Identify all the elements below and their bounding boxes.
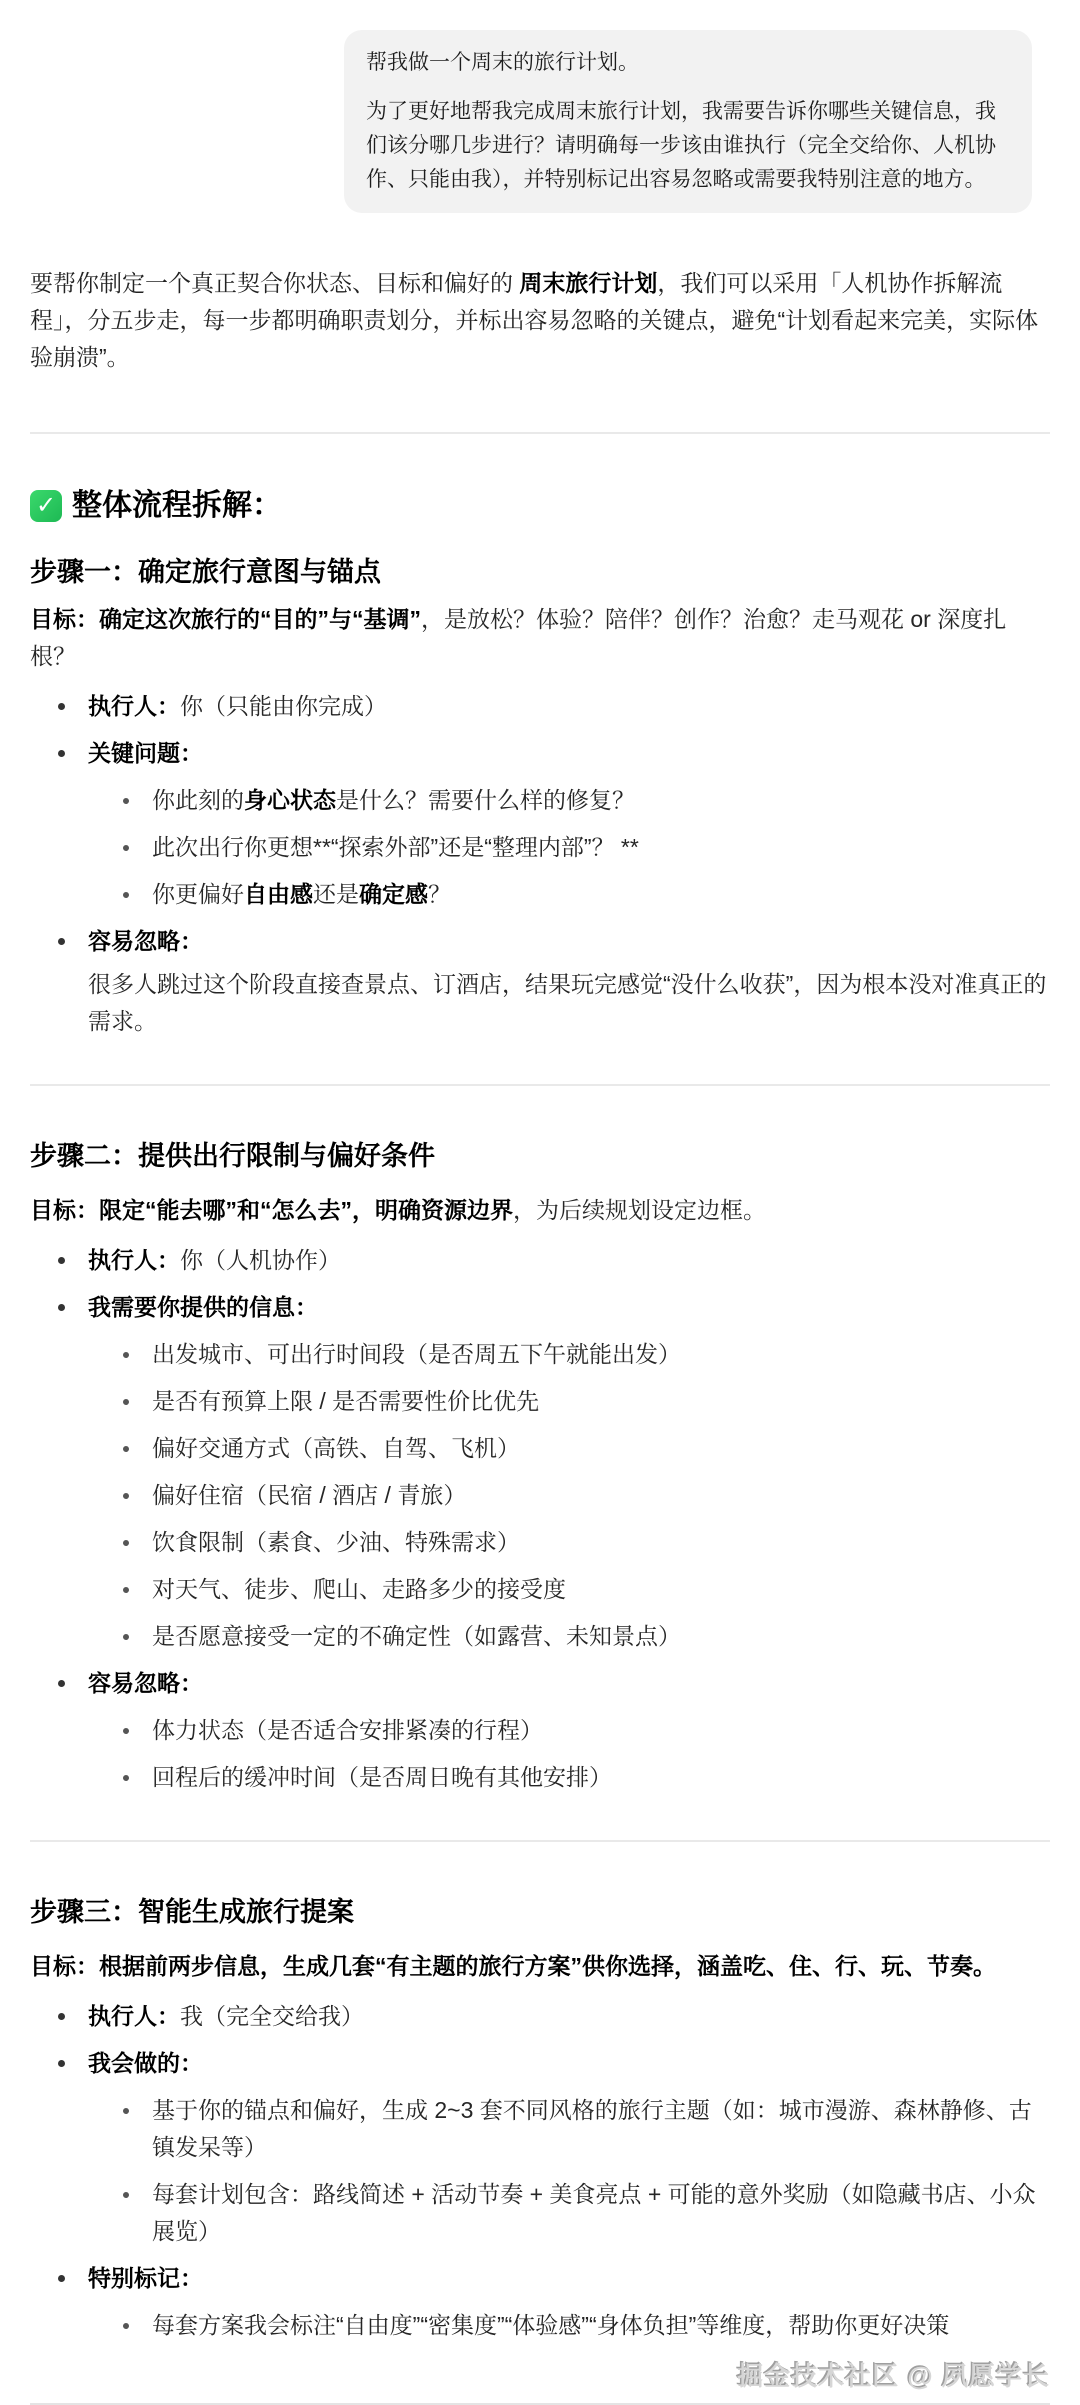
list-item: 你此刻的身心状态是什么？需要什么样的修复？	[30, 782, 1050, 819]
bold-text-segment: 执行人：	[88, 693, 180, 719]
bold-text-segment: 容易忽略：	[88, 1670, 203, 1696]
list-item: 饮食限制（素食、少油、特殊需求）	[30, 1524, 1050, 1561]
text-segment: 对天气、徒步、爬山、走路多少的接受度	[152, 1576, 566, 1602]
list-item: 执行人：你（只能由你完成）	[30, 688, 1050, 725]
divider	[30, 432, 1050, 434]
step-title: 步骤三：智能生成旅行提案	[30, 1892, 1050, 1932]
steps-container: 步骤一：确定旅行意图与锚点目标：确定这次旅行的“目的”与“基调”，是放松？体验？…	[30, 552, 1050, 2344]
step-title: 步骤二：提供出行限制与偏好条件	[30, 1136, 1050, 1176]
text-segment: 很多人跳过这个阶段直接查景点、订酒店，结果玩完感觉“没什么收获”，因为根本没对准…	[88, 971, 1046, 1034]
user-message-bubble: 帮我做一个周末的旅行计划。 为了更好地帮我完成周末旅行计划，我需要告诉你哪些关键…	[344, 30, 1032, 213]
bold-text-segment: 目标：根据前两步信息，生成几套“有主题的旅行方案”供你选择，涵盖吃、住、行、玩、…	[30, 1953, 996, 1979]
text-segment: 是否有预算上限 / 是否需要性价比优先	[152, 1388, 539, 1414]
list-item: 执行人：你（人机协作）	[30, 1242, 1050, 1279]
bold-text-segment: 容易忽略：	[88, 928, 203, 954]
list-item: 关键问题：	[30, 735, 1050, 772]
user-message-row: 帮我做一个周末的旅行计划。 为了更好地帮我完成周末旅行计划，我需要告诉你哪些关键…	[0, 0, 1080, 213]
list-item: 对天气、徒步、爬山、走路多少的接受度	[30, 1571, 1050, 1608]
section-divider	[30, 1084, 1050, 1086]
list-item: 基于你的锚点和偏好，生成 2~3 套不同风格的旅行主题（如：城市漫游、森林静修、…	[30, 2092, 1050, 2166]
list-item: 回程后的缓冲时间（是否周日晚有其他安排）	[30, 1759, 1050, 1796]
list-item: 容易忽略：	[30, 923, 1050, 960]
watermark: 掘金技术社区 @ 夙愿学长	[30, 2356, 1050, 2393]
text-segment: 要帮你制定一个真正契合你状态、目标和偏好的	[30, 270, 519, 296]
text-segment: 你更偏好	[152, 881, 244, 907]
section-title: ✓ 整体流程拆解：	[30, 484, 1050, 528]
list-item: 此次出行你更想**“探索外部”还是“整理内部”？ **	[30, 829, 1050, 866]
step-goal: 目标：确定这次旅行的“目的”与“基调”，是放松？体验？陪伴？创作？治愈？走马观花…	[30, 601, 1050, 675]
bold-text-segment: 执行人：	[88, 1247, 180, 1273]
text-segment: 还是	[313, 881, 359, 907]
text-segment: 你（只能由你完成）	[180, 693, 387, 719]
bold-text-segment: 身心状态	[244, 787, 336, 813]
text-segment: ？	[428, 881, 451, 907]
text-segment: 每套方案我会标注“自由度”“密集度”“体验感”“身体负担”等维度，帮助你更好决策	[152, 2312, 949, 2338]
text-segment: 饮食限制（素食、少油、特殊需求）	[152, 1529, 520, 1555]
step-section: 步骤一：确定旅行意图与锚点目标：确定这次旅行的“目的”与“基调”，是放松？体验？…	[30, 552, 1050, 1040]
step-section: 步骤三：智能生成旅行提案目标：根据前两步信息，生成几套“有主题的旅行方案”供你选…	[30, 1892, 1050, 2344]
list-item: 偏好住宿（民宿 / 酒店 / 青旅）	[30, 1477, 1050, 1514]
list-item: 你更偏好自由感还是确定感？	[30, 876, 1050, 913]
assistant-message: 要帮你制定一个真正契合你状态、目标和偏好的 周末旅行计划，我们可以采用「人机协作…	[0, 265, 1080, 2405]
user-paragraph: 为了更好地帮我完成周末旅行计划，我需要告诉你哪些关键信息，我们该分哪几步进行？请…	[366, 95, 1010, 197]
bold-text-segment: 目标：确定这次旅行的“目的”与“基调”	[30, 606, 421, 632]
list-item: 容易忽略：	[30, 1665, 1050, 1702]
intro-paragraph: 要帮你制定一个真正契合你状态、目标和偏好的 周末旅行计划，我们可以采用「人机协作…	[30, 265, 1050, 376]
text-segment: 是什么？需要什么样的修复？	[336, 787, 635, 813]
user-paragraph: 帮我做一个周末的旅行计划。	[366, 46, 1010, 80]
text-segment: 此次出行你更想**“探索外部”还是“整理内部”？ **	[152, 834, 639, 860]
text-segment: 你此刻的	[152, 787, 244, 813]
bold-text-segment: 我会做的：	[88, 2050, 203, 2076]
bold-text-segment: 目标：限定“能去哪”和“怎么去”，明确资源边界	[30, 1197, 513, 1223]
text-segment: 偏好住宿（民宿 / 酒店 / 青旅）	[152, 1482, 466, 1508]
step-section: 步骤二：提供出行限制与偏好条件目标：限定“能去哪”和“怎么去”，明确资源边界，为…	[30, 1136, 1050, 1796]
section-divider	[30, 1840, 1050, 1842]
chat-page: 帮我做一个周末的旅行计划。 为了更好地帮我完成周末旅行计划，我需要告诉你哪些关键…	[0, 0, 1080, 2405]
list-item: 偏好交通方式（高铁、自驾、飞机）	[30, 1430, 1050, 1467]
bold-text-segment: 确定感	[359, 881, 428, 907]
section-title-text: 整体流程拆解：	[72, 484, 282, 528]
step-title: 步骤一：确定旅行意图与锚点	[30, 552, 1050, 592]
list-item: 每套方案我会标注“自由度”“密集度”“体验感”“身体负担”等维度，帮助你更好决策	[30, 2307, 1050, 2344]
text-segment: 是否愿意接受一定的不确定性（如露营、未知景点）	[152, 1623, 681, 1649]
step-goal: 目标：限定“能去哪”和“怎么去”，明确资源边界，为后续规划设定边框。	[30, 1192, 1050, 1229]
text-segment: 回程后的缓冲时间（是否周日晚有其他安排）	[152, 1764, 612, 1790]
bold-text-segment: 关键问题：	[88, 740, 203, 766]
list-item: 我需要你提供的信息：	[30, 1289, 1050, 1326]
text-segment: 基于你的锚点和偏好，生成 2~3 套不同风格的旅行主题（如：城市漫游、森林静修、…	[152, 2097, 1032, 2160]
text-segment: 偏好交通方式（高铁、自驾、飞机）	[152, 1435, 520, 1461]
note-text: 很多人跳过这个阶段直接查景点、订酒店，结果玩完感觉“没什么收获”，因为根本没对准…	[30, 966, 1050, 1040]
list-item: 我会做的：	[30, 2045, 1050, 2082]
text-segment: 我（完全交给我）	[180, 2003, 364, 2029]
bold-text-segment: 我需要你提供的信息：	[88, 1294, 318, 1320]
list-item: 是否愿意接受一定的不确定性（如露营、未知景点）	[30, 1618, 1050, 1655]
text-segment: 体力状态（是否适合安排紧凑的行程）	[152, 1717, 543, 1743]
step-items: 执行人：我（完全交给我）我会做的：基于你的锚点和偏好，生成 2~3 套不同风格的…	[30, 1998, 1050, 2344]
step-goal: 目标：根据前两步信息，生成几套“有主题的旅行方案”供你选择，涵盖吃、住、行、玩、…	[30, 1948, 1050, 1985]
list-item: 出发城市、可出行时间段（是否周五下午就能出发）	[30, 1336, 1050, 1373]
list-item: 每套计划包含：路线简述 + 活动节奏 + 美食亮点 + 可能的意外奖励（如隐藏书…	[30, 2176, 1050, 2250]
step-items: 执行人：你（人机协作）我需要你提供的信息：出发城市、可出行时间段（是否周五下午就…	[30, 1242, 1050, 1796]
text-segment: 出发城市、可出行时间段（是否周五下午就能出发）	[152, 1341, 681, 1367]
bold-text-segment: 周末旅行计划	[519, 270, 657, 296]
bold-text-segment: 执行人：	[88, 2003, 180, 2029]
check-mark-icon: ✓	[30, 490, 62, 522]
bold-text-segment: 特别标记：	[88, 2265, 203, 2291]
bold-text-segment: 自由感	[244, 881, 313, 907]
text-segment: 每套计划包含：路线简述 + 活动节奏 + 美食亮点 + 可能的意外奖励（如隐藏书…	[152, 2181, 1036, 2244]
list-item: 体力状态（是否适合安排紧凑的行程）	[30, 1712, 1050, 1749]
step-items: 执行人：你（只能由你完成）关键问题：你此刻的身心状态是什么？需要什么样的修复？此…	[30, 688, 1050, 1040]
text-segment: ，为后续规划设定边框。	[513, 1197, 766, 1223]
list-item: 特别标记：	[30, 2260, 1050, 2297]
list-item: 执行人：我（完全交给我）	[30, 1998, 1050, 2035]
list-item: 是否有预算上限 / 是否需要性价比优先	[30, 1383, 1050, 1420]
text-segment: 你（人机协作）	[180, 1247, 341, 1273]
